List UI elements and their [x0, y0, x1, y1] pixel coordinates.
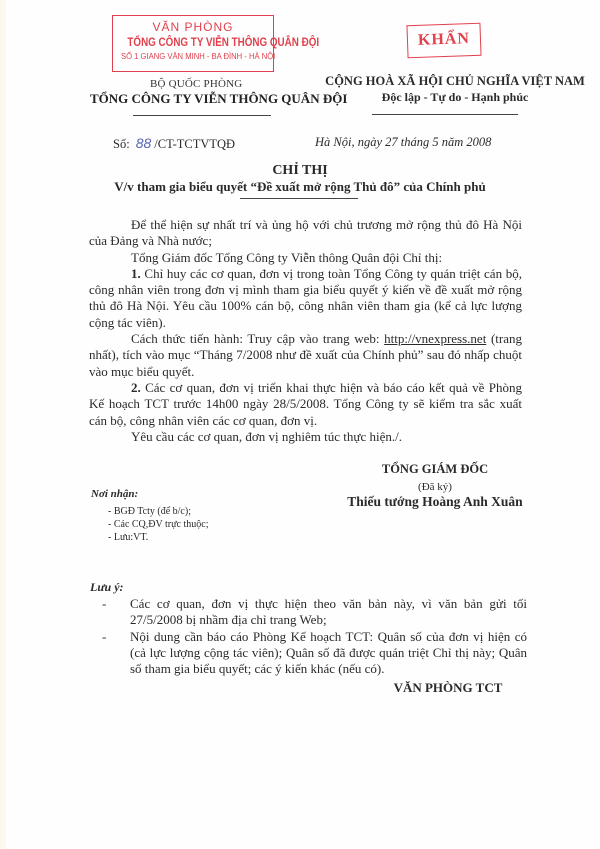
recipient-item: - BGĐ Tcty (để b/c); — [108, 505, 209, 518]
motto: Độc lập - Tự do - Hạnh phúc — [320, 90, 590, 105]
recipients-label: Nơi nhận: — [91, 488, 138, 500]
document-subject: V/v tham gia biểu quyết “Đề xuất mở rộng… — [0, 179, 600, 195]
document-body: Để thể hiện sự nhất trí và ủng hộ với ch… — [89, 217, 522, 445]
organization-name: TỔNG CÔNG TY VIỄN THÔNG QUÂN ĐỘI — [90, 91, 347, 107]
number-label: Số: — [113, 137, 130, 151]
body-method: Cách thức tiến hành: Truy cập vào trang … — [89, 331, 522, 380]
document-number: Số:88/CT-TCTVTQĐ — [113, 135, 235, 152]
recipient-item: - Các CQ,ĐV trực thuộc; — [108, 518, 209, 531]
stamp-line-1: VĂN PHÒNG — [113, 20, 273, 34]
signature-title: TỔNG GIÁM ĐỐC — [345, 462, 525, 477]
stamp-line-3: SỐ 1 GIANG VĂN MINH - BA ĐÌNH - HÀ NỘI — [121, 51, 265, 61]
body-item-2: 2. Các cơ quan, đơn vị triển khai thực h… — [89, 380, 522, 429]
signature-note: (Đã ký) — [345, 481, 525, 493]
header-right-rule — [372, 114, 518, 115]
ministry-name: BỘ QUỐC PHÒNG — [150, 78, 242, 90]
nation-title: CỘNG HOÀ XÃ HỘI CHỦ NGHĨA VIỆT NAM — [320, 74, 590, 89]
note-text: Các cơ quan, đơn vị thực hiện theo văn b… — [130, 596, 527, 627]
urgent-stamp: KHẨN — [406, 23, 481, 59]
body-paragraph-2: Tổng Giám đốc Tổng Công ty Viễn thông Qu… — [89, 250, 522, 266]
document-type: CHỈ THỊ — [0, 163, 600, 179]
body-paragraph-1: Để thể hiện sự nhất trí và ủng hộ với ch… — [89, 217, 522, 250]
office-signature: VĂN PHÒNG TCT — [378, 680, 518, 696]
office-stamp: VĂN PHÒNG TỔNG CÔNG TY VIỄN THÔNG QUÂN Đ… — [112, 15, 274, 72]
recipients-list: - BGĐ Tcty (để b/c); - Các CQ,ĐV trực th… — [108, 505, 209, 544]
place-date: Hà Nội, ngày 27 tháng 5 năm 2008 — [315, 135, 491, 150]
handwritten-number: 88 — [130, 135, 155, 151]
item-1-text: Chỉ huy các cơ quan, đơn vị trong toàn T… — [89, 266, 522, 330]
number-suffix: /CT-TCTVTQĐ — [154, 137, 235, 151]
method-prefix: Cách thức tiến hành: Truy cập vào trang … — [131, 331, 384, 346]
note-text: Nội dung cần báo cáo Phòng Kế hoạch TCT:… — [130, 629, 527, 677]
header-left-rule — [133, 115, 271, 116]
item-1-number: 1. — [131, 266, 141, 281]
note-item: -Các cơ quan, đơn vị thực hiện theo văn … — [90, 596, 527, 629]
stamp-line-2: TỔNG CÔNG TY VIỄN THÔNG QUÂN ĐỘI — [127, 35, 258, 49]
note-dash: - — [102, 596, 106, 612]
note-item: -Nội dung cần báo cáo Phòng Kế hoạch TCT… — [90, 629, 527, 678]
notes-list: -Các cơ quan, đơn vị thực hiện theo văn … — [90, 596, 527, 677]
signer-name: Thiếu tướng Hoàng Anh Xuân — [320, 494, 550, 510]
body-item-1: 1. Chỉ huy các cơ quan, đơn vị trong toà… — [89, 266, 522, 331]
note-dash: - — [102, 629, 106, 645]
recipient-item: - Lưu:VT. — [108, 531, 209, 544]
item-2-number: 2. — [131, 380, 141, 395]
body-closing: Yêu cầu các cơ quan, đơn vị nghiêm túc t… — [89, 429, 522, 445]
item-2-text: Các cơ quan, đơn vị triển khai thực hiện… — [89, 380, 522, 428]
notes-label: Lưu ý: — [90, 580, 124, 595]
scan-edge — [0, 0, 6, 849]
title-rule — [240, 198, 358, 199]
vnexpress-link[interactable]: http://vnexpress.net — [384, 331, 486, 346]
